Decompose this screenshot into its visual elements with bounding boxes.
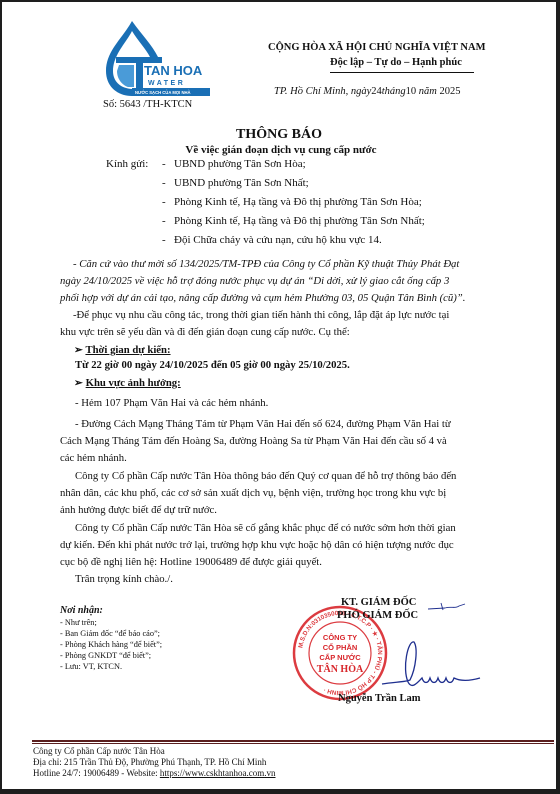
basis-line: phối hợp với dự án cải tạo, nâng cấp đườ…: [60, 292, 465, 304]
notice-subtitle: Về việc gián đoạn dịch vụ cung cấp nước: [2, 144, 556, 156]
date-month-label: tháng: [382, 86, 406, 97]
date-month: 10: [406, 86, 417, 97]
document-number: Số: 5643 /TH-KTCN: [103, 99, 192, 110]
date-place: TP. Hồ Chí Minh, ngày: [274, 86, 371, 97]
basis-line: - Căn cứ vào thư mời số 134/2025/TM-TPĐ …: [73, 258, 459, 270]
svg-text:TAN HOA: TAN HOA: [144, 63, 203, 78]
arrow-bullet-icon: ➢: [74, 377, 86, 389]
svg-text:WATER: WATER: [148, 80, 185, 87]
area-heading: ➢ Khu vực ảnh hưởng:: [74, 376, 181, 389]
notice-title: THÔNG BÁO: [2, 127, 556, 143]
arrow-bullet-icon: ➢: [74, 344, 85, 356]
area-item: - Đường Cách Mạng Tháng Tám từ Phạm Văn …: [75, 418, 451, 430]
area-item: các hẻm nhánh.: [60, 452, 127, 464]
date-year: 2025: [440, 86, 461, 97]
motto-underline: [330, 72, 474, 73]
effort-line: Công ty Cổ phần Cấp nước Tân Hòa sẽ cố g…: [75, 522, 456, 534]
recipient-item: -Phòng Kinh tế, Hạ tầng và Đô thị phường…: [162, 215, 425, 227]
recipient-item: -UBND phường Tân Sơn Hòa;: [162, 158, 306, 170]
recipient-item: -Phòng Kinh tế, Hạ tầng và Đô thị phường…: [162, 196, 422, 208]
signer-title-1: KT. GIÁM ĐỐC: [341, 597, 416, 608]
footer-rule: [32, 743, 554, 744]
recipient-item: -Đội Chữa cháy và cứu nạn, cứu hộ khu vự…: [162, 234, 382, 246]
footer-company: Công ty Cổ phần Cấp nước Tân Hòa: [33, 746, 165, 756]
time-value: Từ 22 giờ 00 ngày 24/10/2025 đến 05 giờ …: [75, 359, 350, 371]
svg-text:CỔ PHẦN: CỔ PHẦN: [323, 642, 358, 652]
svg-text:CÔNG TY: CÔNG TY: [323, 633, 357, 642]
effort-line: dự kiến. Đến khi phát nước trở lại, trườ…: [60, 539, 454, 551]
handwritten-signature: [380, 638, 484, 698]
area-item: Cách Mạng Tháng Tám đến Hoàng Sa, đường …: [60, 435, 447, 447]
receiver-item: - Ban Giám đốc “để báo cáo”;: [60, 629, 160, 638]
time-heading: ➢ Thời gian dự kiến:: [74, 343, 171, 356]
area-item: - Hẻm 107 Phạm Văn Hai và các hẻm nhánh.: [75, 397, 268, 409]
footer-contact: Hotline 24/7: 19006489 - Website: https:…: [33, 768, 276, 778]
receiver-item: - Phòng GNKDT “để biết”;: [60, 651, 151, 660]
national-title: CỘNG HÒA XÃ HỘI CHỦ NGHĨA VIỆT NAM: [268, 42, 486, 53]
issue-date: TP. Hồ Chí Minh, ngày24tháng10 năm 2025: [274, 86, 461, 97]
effort-line: cục bộ đề nghị liên hệ: Hotline 19006489…: [60, 556, 322, 568]
notice-line: ảnh hưởng được biết để dự trữ nước.: [60, 504, 217, 516]
initial-mark: [427, 600, 467, 612]
footer-rule: [32, 740, 554, 742]
svg-text:TÂN HÒA: TÂN HÒA: [317, 663, 364, 675]
recipient-item: -UBND phường Tân Sơn Nhất;: [162, 177, 309, 189]
svg-text:CẤP NƯỚC: CẤP NƯỚC: [319, 652, 361, 662]
date-year-label: năm: [419, 86, 437, 97]
notice-line: Công ty Cổ phần Cấp nước Tân Hòa thông b…: [75, 470, 456, 482]
tan-hoa-water-logo: TAN HOA WATER NƯỚC SẠCH CỦA MỌI NHÀ: [102, 19, 212, 97]
basis-line: ngày 24/10/2025 về việc hỗ trợ đóng nước…: [60, 275, 449, 287]
purpose-line: khu vực trên sẽ yếu dần và đi đến gián đ…: [60, 326, 350, 338]
closing: Trân trọng kính chào./.: [75, 573, 173, 585]
receiver-item: - Như trên;: [60, 618, 97, 627]
date-day: 24: [371, 86, 382, 97]
receiver-item: - Phòng Khách hàng “để biết”;: [60, 640, 162, 649]
purpose-line: -Để phục vụ nhu cầu công tác, trong thời…: [73, 309, 449, 321]
document-page: TAN HOA WATER NƯỚC SẠCH CỦA MỌI NHÀ Số: …: [2, 2, 556, 789]
national-motto: Độc lập – Tự do – Hạnh phúc: [330, 57, 462, 68]
signer-name: Nguyễn Trần Lam: [338, 693, 420, 704]
svg-text:NƯỚC SẠCH CỦA MỌI NHÀ: NƯỚC SẠCH CỦA MỌI NHÀ: [135, 90, 191, 95]
signer-title-2: PHÓ GIÁM ĐỐC: [337, 610, 418, 621]
receiver-item: - Lưu: VT, KTCN.: [60, 662, 122, 671]
notice-line: nhân dân, các khu phố, các cơ sở sản xuấ…: [60, 487, 446, 499]
footer-address: Địa chỉ: 215 Trần Thủ Độ, Phường Phú Thạ…: [33, 757, 266, 767]
recipients-label: Kính gửi:: [106, 158, 148, 170]
website-link[interactable]: https://www.cskhtanhoa.com.vn: [160, 768, 276, 778]
receivers-title: Nơi nhận:: [60, 605, 103, 616]
